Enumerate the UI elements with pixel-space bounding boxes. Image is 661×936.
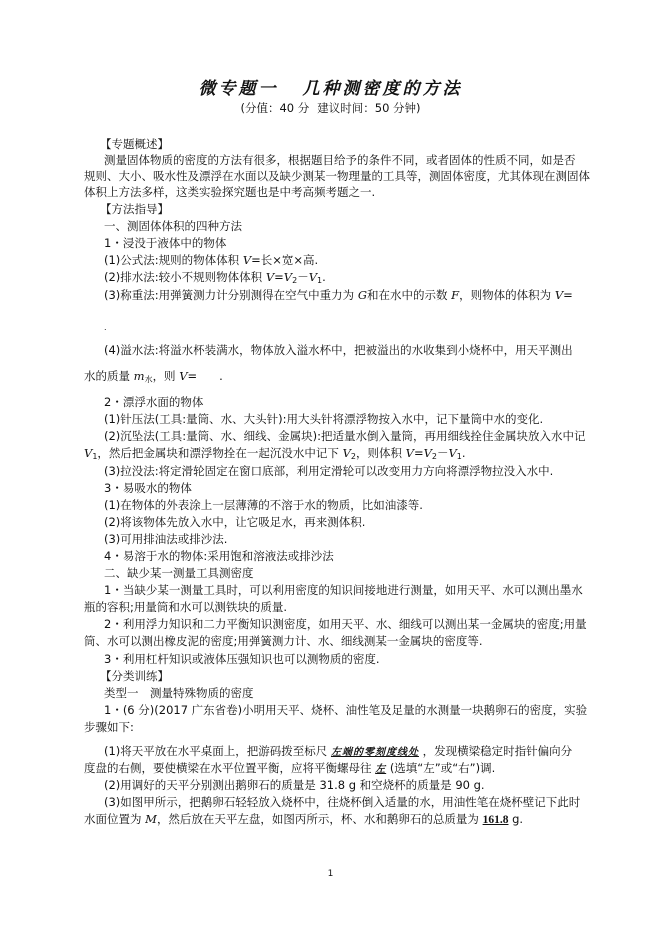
var-v2: V: [343, 446, 351, 460]
method-line: (1)针压法(工具:量筒、水、大头针):用大头针将漂浮物按入水中，记下量筒中水的…: [104, 411, 586, 427]
text: g.: [508, 812, 523, 826]
document-page: 微专题一几种测密度的方法 (分值：40 分建议时间：50 分钟) 【专题概述】 …: [0, 0, 661, 936]
text: =: [188, 369, 198, 383]
method-line: 瓶的容积;用量筒和水可以测铁块的质量.: [84, 599, 586, 615]
overview-heading: 【专题概述】: [100, 136, 602, 152]
handwritten-answer: 左端的零刻度线处: [331, 747, 419, 758]
method-line: (2)将该物体先放入水中，让它吸足水，再来测体积.: [104, 514, 586, 530]
question-line: 1・(6 分)(2017 广东省卷)小明用天平、烧杯、油性笔及足量的水测量一块鹅…: [104, 702, 586, 718]
answer-value: 161.8: [483, 814, 509, 826]
var-v1: V: [448, 446, 456, 460]
subsection-heading: 4・易溶于水的物体:采用饱和溶液法或排沙法: [104, 548, 586, 564]
handwritten-answer: 左: [375, 764, 386, 775]
score-time-info: (分值：40 分建议时间：50 分钟): [0, 100, 661, 116]
text: ，发现横梁稳定时指针偏向分: [423, 744, 573, 758]
var-v: V: [406, 446, 414, 460]
text: ，则: [153, 369, 180, 383]
text: .: [462, 446, 466, 460]
page-title: 微专题一几种测密度的方法: [0, 74, 661, 99]
method-line: 1・当缺少某一测量工具时，可以利用密度的知识间接地进行测量，如用天平、水可以测出…: [104, 582, 586, 598]
text: (3)称重法:用弹簧测力计分别测得在空气中重力为: [104, 288, 358, 302]
var-m: m: [134, 369, 145, 383]
title-series: 微专题一: [199, 79, 279, 99]
var-v: V: [243, 253, 251, 267]
question-line: 水面位置为 M，然后放在天平左盘，如图丙所示，杯、水和鹅卵石的总质量为 161.…: [84, 811, 586, 828]
text: ，则体积: [356, 446, 406, 460]
method-line: (1)公式法:规则的物体体积 V=长×宽×高.: [104, 252, 586, 268]
text: 度盘的右侧，要使横梁在水平位置平衡，应将平衡螺母往: [84, 761, 372, 775]
text: 和在水中的示数: [367, 288, 451, 302]
text: (2)排水法:较小不规则物体体积: [104, 270, 266, 284]
text: (1)将天平放在水平桌面上，把游码拨至标尺: [104, 744, 327, 758]
var-v: V: [555, 288, 563, 302]
text: =长×宽×高.: [251, 253, 318, 267]
method-line: 水的质量 m水，则 V=.: [84, 368, 586, 388]
subsection-heading: 1・浸没于液体中的物体: [104, 235, 586, 251]
method-line: (2)沉坠法(工具:量筒、水、细线、金属块):把适量水倒入量筒，再用细线拴住金属…: [104, 428, 586, 444]
text: －: [437, 446, 449, 460]
var-m: M: [145, 812, 157, 826]
var-v: V: [266, 270, 274, 284]
var-v: V: [179, 369, 187, 383]
text: .: [219, 369, 223, 383]
method-line: (2)排水法:较小不规则物体体积 V=V2－V1.: [104, 269, 586, 289]
text: 水的质量: [84, 369, 134, 383]
text: －: [297, 270, 309, 284]
method-line: (4)溢水法:将溢水杯装满水，物体放入溢水杯中，把被溢出的水收集到小烧杯中，用天…: [104, 342, 586, 358]
method-line: (3)称重法:用弹簧测力计分别测得在空气中重力为 G和在水中的示数 F，则物体的…: [104, 287, 586, 303]
question-line: (2)用调好的天平分别测出鹅卵石的质量是 31.8 g 和空烧杯的质量是 90 …: [104, 777, 586, 793]
text: ，然后放在天平左盘，如图丙所示，杯、水和鹅卵石的总质量为: [157, 812, 479, 826]
overview-paragraph-line: 规则、大小、吸水性及漂浮在水面以及缺少测某一物理量的工具等，测固体密度，尤其体现…: [84, 168, 586, 184]
section-heading: 一、测固体体积的四种方法: [104, 218, 586, 234]
text: (1)公式法:规则的物体体积: [104, 253, 243, 267]
var-v2: V: [424, 446, 432, 460]
method-line: 2・利用浮力知识和二力平衡知识测密度，如用天平、水、细线可以测出某一金属块的密度…: [104, 616, 586, 632]
score-text: (分值：40 分: [240, 101, 309, 115]
subsection-heading: 2・漂浮水面的物体: [104, 394, 586, 410]
training-heading: 【分类训练】: [100, 668, 602, 684]
text: =: [414, 446, 424, 460]
text: =: [563, 288, 573, 302]
method-line: 筒、水可以测出橡皮泥的密度;用弹簧测力计、水、细线测某一金属块的密度等.: [84, 633, 586, 649]
text: .: [322, 270, 326, 284]
question-line: 度盘的右侧，要使横梁在水平位置平衡，应将平衡螺母往 左 (选填“左”或“右”)调…: [84, 760, 586, 778]
page-number: 1: [0, 869, 661, 879]
time-text: 建议时间：50 分钟): [317, 101, 420, 115]
var-f: F: [451, 288, 459, 302]
var-v1: V: [309, 270, 317, 284]
text: 水面位置为: [84, 812, 145, 826]
guide-heading: 【方法指导】: [100, 201, 602, 217]
method-line: (1)在物体的外表涂上一层薄薄的不溶于水的物质，比如油漆等.: [104, 497, 586, 513]
subscript: 水: [145, 375, 153, 384]
title-topic: 几种测密度的方法: [303, 79, 463, 99]
method-line: V1，然后把金属块和漂浮物拴在一起沉没水中记下 V2，则体积 V=V2－V1.: [84, 445, 586, 465]
section-heading: 二、缺少某一测量工具测密度: [104, 565, 586, 581]
var-g: G: [358, 288, 367, 302]
text: ，然后把金属块和漂浮物拴在一起沉没水中记下: [97, 446, 342, 460]
text: (选填“左”或“右”)调.: [390, 761, 495, 775]
type-heading: 类型一 测量特殊物质的密度: [104, 685, 586, 701]
method-line: 3・利用杠杆知识或液体压强知识也可以测物质的密度.: [104, 651, 586, 667]
text: =: [274, 270, 284, 284]
text: ，则物体的体积为: [459, 288, 555, 302]
question-line: 步骤如下:: [84, 719, 586, 735]
method-line: (3)拉没法:将定滑轮固定在窗口底部，利用定滑轮可以改变用力方向将漂浮物拉没入水…: [104, 463, 586, 479]
overview-paragraph-line: 体积上方法多样，这类实验探究题也是中考高频考题之一.: [84, 184, 586, 200]
question-line: (1)将天平放在水平桌面上，把游码拨至标尺 左端的零刻度线处 ，发现横梁稳定时指…: [104, 743, 586, 761]
method-line: (3)可用排油法或排沙法.: [104, 531, 586, 547]
overview-paragraph-line: 测量固体物质的密度的方法有很多，根据题目给予的条件不同，或者固体的性质不同，如是…: [104, 152, 586, 168]
blank-period: .: [104, 320, 606, 336]
var-v2: V: [284, 270, 292, 284]
question-line: (3)如图甲所示，把鹅卵石轻轻放入烧杯中，往烧杯倒入适量的水，用油性笔在烧杯壁记…: [104, 794, 586, 810]
subsection-heading: 3・易吸水的物体: [104, 480, 586, 496]
